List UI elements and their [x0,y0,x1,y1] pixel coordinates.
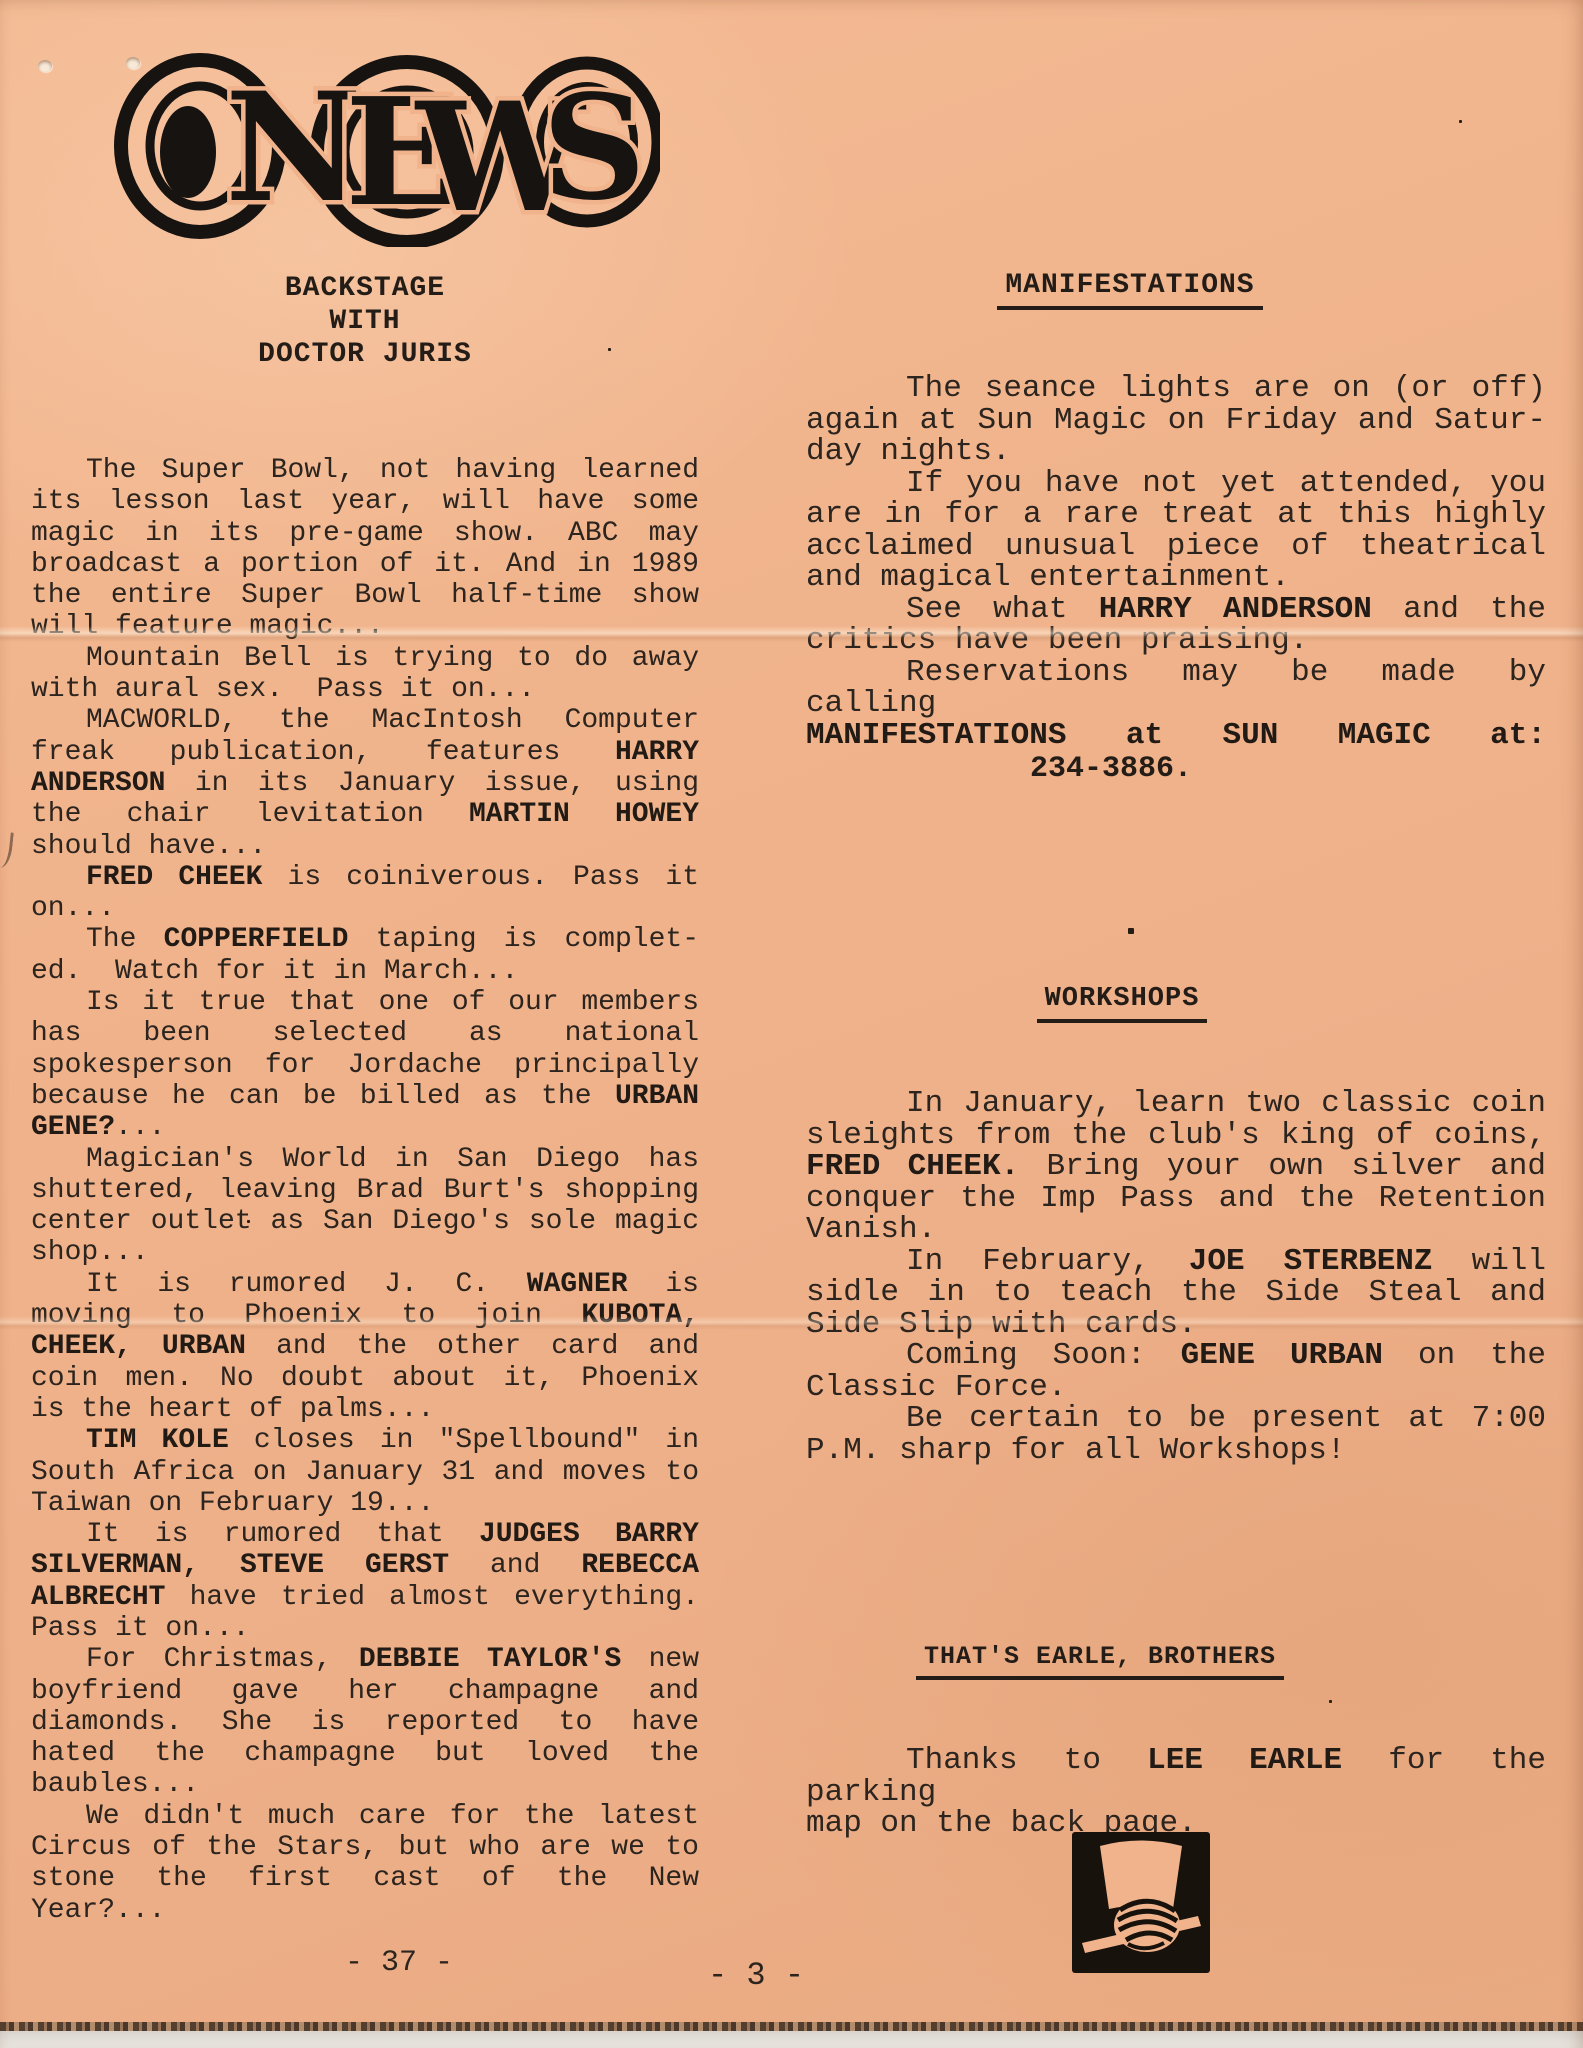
emphasized-text: MARTIN HOWEY [469,799,699,830]
text-line: The seance lights are on (or off) [806,373,1546,405]
title-line: DOCTOR JURIS [31,338,699,371]
body-text: taping is complet- [348,924,699,955]
body-text: is [628,1269,699,1300]
text-line: the chair levitation MARTIN HOWEY [31,799,699,830]
body-text: Reservations may be made by calling [806,655,1546,722]
body-text: Mountain Bell is trying to do away [86,643,699,674]
text-line: For Christmas, DEBBIE TAYLOR'S new [31,1644,699,1675]
emphasized-text: ANDERSON [31,768,165,799]
emphasized-text: FRED CHEEK [86,862,262,893]
text-line: In January, learn two classic coin [806,1088,1546,1120]
text-line: FRED CHEEK is coiniverous. Pass it [31,862,699,893]
text-line: Be certain to be present at 7:00 [806,1403,1546,1435]
body-text: acclaimed unusual piece of theatrical [806,529,1546,564]
body-text: have tried almost everything. [165,1582,699,1613]
body-text: is the heart of palms... [31,1394,434,1425]
paper-speck [1329,1700,1332,1703]
body-text: Coming Soon: [906,1338,1181,1373]
text-line: is the heart of palms... [31,1394,699,1425]
emphasized-text: REBECCA [581,1550,699,1581]
text-line: Taiwan on February 19... [31,1488,699,1519]
text-line: day nights. [806,436,1546,468]
text-line: moving to Phoenix to join KUBOTA, [31,1300,699,1331]
earle-body: Thanks to LEE EARLE for the parkingmap o… [806,1745,1546,1840]
heading-text: THAT'S EARLE, BROTHERS [916,1642,1284,1680]
manifestations-body: The seance lights are on (or off)again a… [806,373,1546,751]
body-text: Pass it on... [31,1613,249,1644]
body-text: Classic Force. [806,1370,1066,1405]
text-line: sleights from the club's king of coins, [806,1120,1546,1152]
emphasized-text: TIM KOLE [86,1425,229,1456]
body-text: ed. Watch for it in March... [31,956,518,987]
body-text: closes in "Spellbound" in [229,1425,699,1456]
body-text: South Africa on January 31 and moves to [31,1457,699,1488]
text-line: Is it true that one of our members [31,987,699,1018]
page-number-left: - 37 - [345,1946,453,1980]
body-text: ... [115,1112,165,1143]
body-text: sidle in to teach the Side Steal and [806,1275,1546,1310]
heading-text: MANIFESTATIONS [997,270,1262,310]
text-line: broadcast a portion of it. And in 1989 [31,549,699,580]
emphasized-text: COPPERFIELD [164,924,349,955]
body-text: critics have been praising. [806,623,1308,658]
emphasized-text: SILVERMAN, STEVE GERST [31,1550,449,1581]
body-text: its lesson last year, will have some [31,486,699,517]
text-line: coin men. No doubt about it, Phoenix [31,1363,699,1394]
body-text: will [1433,1244,1547,1279]
logo-letter-n: N [225,60,362,236]
text-line: The COPPERFIELD taping is complet- [31,924,699,955]
emphasized-text: CHEEK, URBAN [31,1331,246,1362]
body-text: conquer the Imp Pass and the Retention [806,1181,1546,1216]
text-line: GENE?... [31,1112,699,1143]
phone-number: 234-3886. [1030,752,1192,786]
body-text: again at Sun Magic on Friday and Satur- [806,403,1546,438]
body-text: has been selected as national [31,1018,699,1049]
body-text: We didn't much care for the latest [86,1801,699,1832]
body-text: MACWORLD, the MacIntosh Computer [86,705,699,736]
body-text: Side Slip with cards. [806,1307,1197,1342]
text-line: the entire Super Bowl half-time show [31,580,699,611]
emphasized-text: LEE EARLE [1147,1743,1342,1778]
body-text: The [86,924,164,955]
text-line: on... [31,893,699,924]
body-text: shop... [31,1237,149,1268]
text-line: Circus of the Stars, but who are we to [31,1832,699,1863]
text-line: Thanks to LEE EARLE for the parking [806,1745,1546,1808]
body-text: will feature magic... [31,611,384,642]
text-line: Year?... [31,1895,699,1926]
gripping-hand [1114,1898,1180,1952]
body-text: Vanish. [806,1212,936,1247]
emphasized-text: WAGNER [527,1269,628,1300]
body-text: Thanks to [906,1743,1147,1778]
text-line: boyfriend gave her champagne and [31,1676,699,1707]
emphasized-text: MANIFESTATIONS at SUN MAGIC at: [806,718,1546,753]
body-text: is coiniverous. Pass it [262,862,699,893]
body-text: diamonds. She is reported to have [31,1707,699,1738]
text-line: P.M. sharp for all Workshops! [806,1435,1546,1467]
body-text: and [449,1550,581,1581]
body-text: It is rumored J. C. [86,1269,527,1300]
body-text: freak publication, features [31,737,615,768]
text-line: hated the champagne but loved the [31,1738,699,1769]
body-text: Is it true that one of our members [86,987,699,1018]
section-heading-manifestations: MANIFESTATIONS [900,270,1360,310]
text-line: conquer the Imp Pass and the Retention [806,1183,1546,1215]
text-line: will feature magic... [31,611,699,642]
paper-speck [247,1220,250,1223]
body-text: stone the first cast of the New [31,1863,699,1894]
text-line: Side Slip with cards. [806,1309,1546,1341]
body-text: Circus of the Stars, but who are we to [31,1832,699,1863]
text-line: Magician's World in San Diego has [31,1144,699,1175]
text-line: has been selected as national [31,1018,699,1049]
body-text: center outlet as San Diego's sole magic [31,1206,699,1237]
text-line: freak publication, features HARRY [31,737,699,768]
text-line: because he can be billed as the URBAN [31,1081,699,1112]
text-line: should have... [31,831,699,862]
emphasized-text: KUBOTA, [581,1300,699,1331]
body-text: Bring your own silver and [1019,1149,1546,1184]
text-line: and magical entertainment. [806,562,1546,594]
body-text: with aural sex. Pass it on... [31,674,535,705]
text-line: are in for a rare treat at this highly [806,499,1546,531]
text-line: baubles... [31,1769,699,1800]
body-text: If you have not yet attended, you [906,466,1546,501]
body-text: spokesperson for Jordache principally [31,1050,699,1081]
emphasized-text: DEBBIE TAYLOR'S [359,1644,621,1675]
newsletter-page: N E W S BACKSTAGE WITH DOCTOR JURIS MANI… [0,0,1583,2048]
news-logo: N E W S [100,42,660,247]
body-text: the chair levitation [31,799,469,830]
body-text: The Super Bowl, not having learned [86,455,699,486]
text-line: It is rumored that JUDGES BARRY [31,1519,699,1550]
text-line: shuttered, leaving Brad Burt's shopping [31,1175,699,1206]
body-text: day nights. [806,434,1011,469]
text-line: ANDERSON in its January issue, using [31,768,699,799]
text-line: critics have been praising. [806,625,1546,657]
paper-speck [1128,928,1134,934]
staple-hole [38,60,52,72]
text-line: ALBRECHT have tried almost everything. [31,1582,699,1613]
body-text: and the other card and [246,1331,699,1362]
body-text: should have... [31,831,266,862]
text-line: acclaimed unusual piece of theatrical [806,531,1546,563]
emphasized-text: JUDGES BARRY [479,1519,699,1550]
title-line: WITH [31,305,699,338]
body-text: in its January issue, using [165,768,699,799]
text-line: Classic Force. [806,1372,1546,1404]
logo-oval-counter [160,106,216,198]
emphasized-text: GENE URBAN [1181,1338,1383,1373]
section-heading-workshops: WORKSHOPS [892,984,1352,1023]
body-text: and the [1372,592,1546,627]
body-text: The seance lights are on (or off) [906,371,1546,406]
emphasized-text: HARRY [615,737,699,768]
text-line: stone the first cast of the New [31,1863,699,1894]
body-text: coin men. No doubt about it, Phoenix [31,1363,699,1394]
body-text: baubles... [31,1769,199,1800]
text-line: center outlet as San Diego's sole magic [31,1206,699,1237]
body-text: new [621,1644,699,1675]
text-line: FRED CHEEK. Bring your own silver and [806,1151,1546,1183]
text-line: magic in its pre-game show. ABC may [31,518,699,549]
heading-text: WORKSHOPS [1037,984,1208,1023]
emphasized-text: GENE? [31,1112,115,1143]
page-number-right: - 3 - [708,1957,804,1994]
text-line: TIM KOLE closes in "Spellbound" in [31,1425,699,1456]
body-text: moving to Phoenix to join [31,1300,581,1331]
emphasized-text: FRED CHEEK. [806,1149,1019,1184]
body-text: boyfriend gave her champagne and [31,1676,699,1707]
text-line: its lesson last year, will have some [31,486,699,517]
pencil-mark [0,831,14,868]
body-text: on... [31,893,115,924]
workshops-body: In January, learn two classic coinsleigh… [806,1088,1546,1466]
text-line: It is rumored J. C. WAGNER is [31,1269,699,1300]
emphasized-text: JOE STERBENZ [1189,1244,1433,1279]
emphasized-text: HARRY ANDERSON [1099,592,1372,627]
text-line: Coming Soon: GENE URBAN on the [806,1340,1546,1372]
body-text: P.M. sharp for all Workshops! [806,1433,1346,1468]
body-text: shuttered, leaving Brad Burt's shopping [31,1175,699,1206]
body-text: Taiwan on February 19... [31,1488,434,1519]
paper-speck [1459,120,1462,123]
emphasized-text: URBAN [615,1081,699,1112]
body-text: In February, [906,1244,1189,1279]
body-text: broadcast a portion of it. And in 1989 [31,549,699,580]
left-column-body: The Super Bowl, not having learnedits le… [31,455,699,1926]
body-text: hated the champagne but loved the [31,1738,699,1769]
text-line: again at Sun Magic on Friday and Satur- [806,405,1546,437]
body-text: In January, learn two classic coin [906,1086,1546,1121]
text-line: ed. Watch for it in March... [31,956,699,987]
body-text: the entire Super Bowl half-time show [31,580,699,611]
body-text: are in for a rare treat at this highly [806,497,1546,532]
text-line: We didn't much care for the latest [31,1801,699,1832]
body-text: sleights from the club's king of coins, [806,1118,1546,1153]
text-line: sidle in to teach the Side Steal and [806,1277,1546,1309]
section-heading-thats-earle-brothers: THAT'S EARLE, BROTHERS [870,1642,1330,1680]
text-line: Reservations may be made by calling [806,657,1546,720]
body-text: on the [1383,1338,1546,1373]
logo-letter-s: S [542,63,646,232]
body-text: magic in its pre-game show. ABC may [31,518,699,549]
left-column-title: BACKSTAGE WITH DOCTOR JURIS [31,272,699,371]
text-line: MANIFESTATIONS at SUN MAGIC at: [806,720,1546,752]
text-line: Vanish. [806,1214,1546,1246]
body-text: Be certain to be present at 7:00 [906,1401,1546,1436]
text-line: South Africa on January 31 and moves to [31,1457,699,1488]
text-line: spokesperson for Jordache principally [31,1050,699,1081]
top-hat-and-wand-logo [1070,1830,1212,1975]
text-line: See what HARRY ANDERSON and the [806,594,1546,626]
paper-speck [608,348,611,351]
text-line: shop... [31,1237,699,1268]
text-line: Mountain Bell is trying to do away [31,643,699,674]
body-text: Year?... [31,1895,165,1926]
scanner-background [0,2031,1583,2048]
body-text: It is rumored that [86,1519,479,1550]
text-line: If you have not yet attended, you [806,468,1546,500]
title-line: BACKSTAGE [31,272,699,305]
text-line: Pass it on... [31,1613,699,1644]
body-text: For Christmas, [86,1644,359,1675]
text-line: MACWORLD, the MacIntosh Computer [31,705,699,736]
text-line: CHEEK, URBAN and the other card and [31,1331,699,1362]
text-line: The Super Bowl, not having learned [31,455,699,486]
body-text: because he can be billed as the [31,1081,615,1112]
body-text: Magician's World in San Diego has [86,1144,699,1175]
emphasized-text: ALBRECHT [31,1582,165,1613]
body-text: See what [906,592,1099,627]
text-line: diamonds. She is reported to have [31,1707,699,1738]
text-line: with aural sex. Pass it on... [31,674,699,705]
body-text: and magical entertainment. [806,560,1290,595]
text-line: SILVERMAN, STEVE GERST and REBECCA [31,1550,699,1581]
text-line: In February, JOE STERBENZ will [806,1246,1546,1278]
